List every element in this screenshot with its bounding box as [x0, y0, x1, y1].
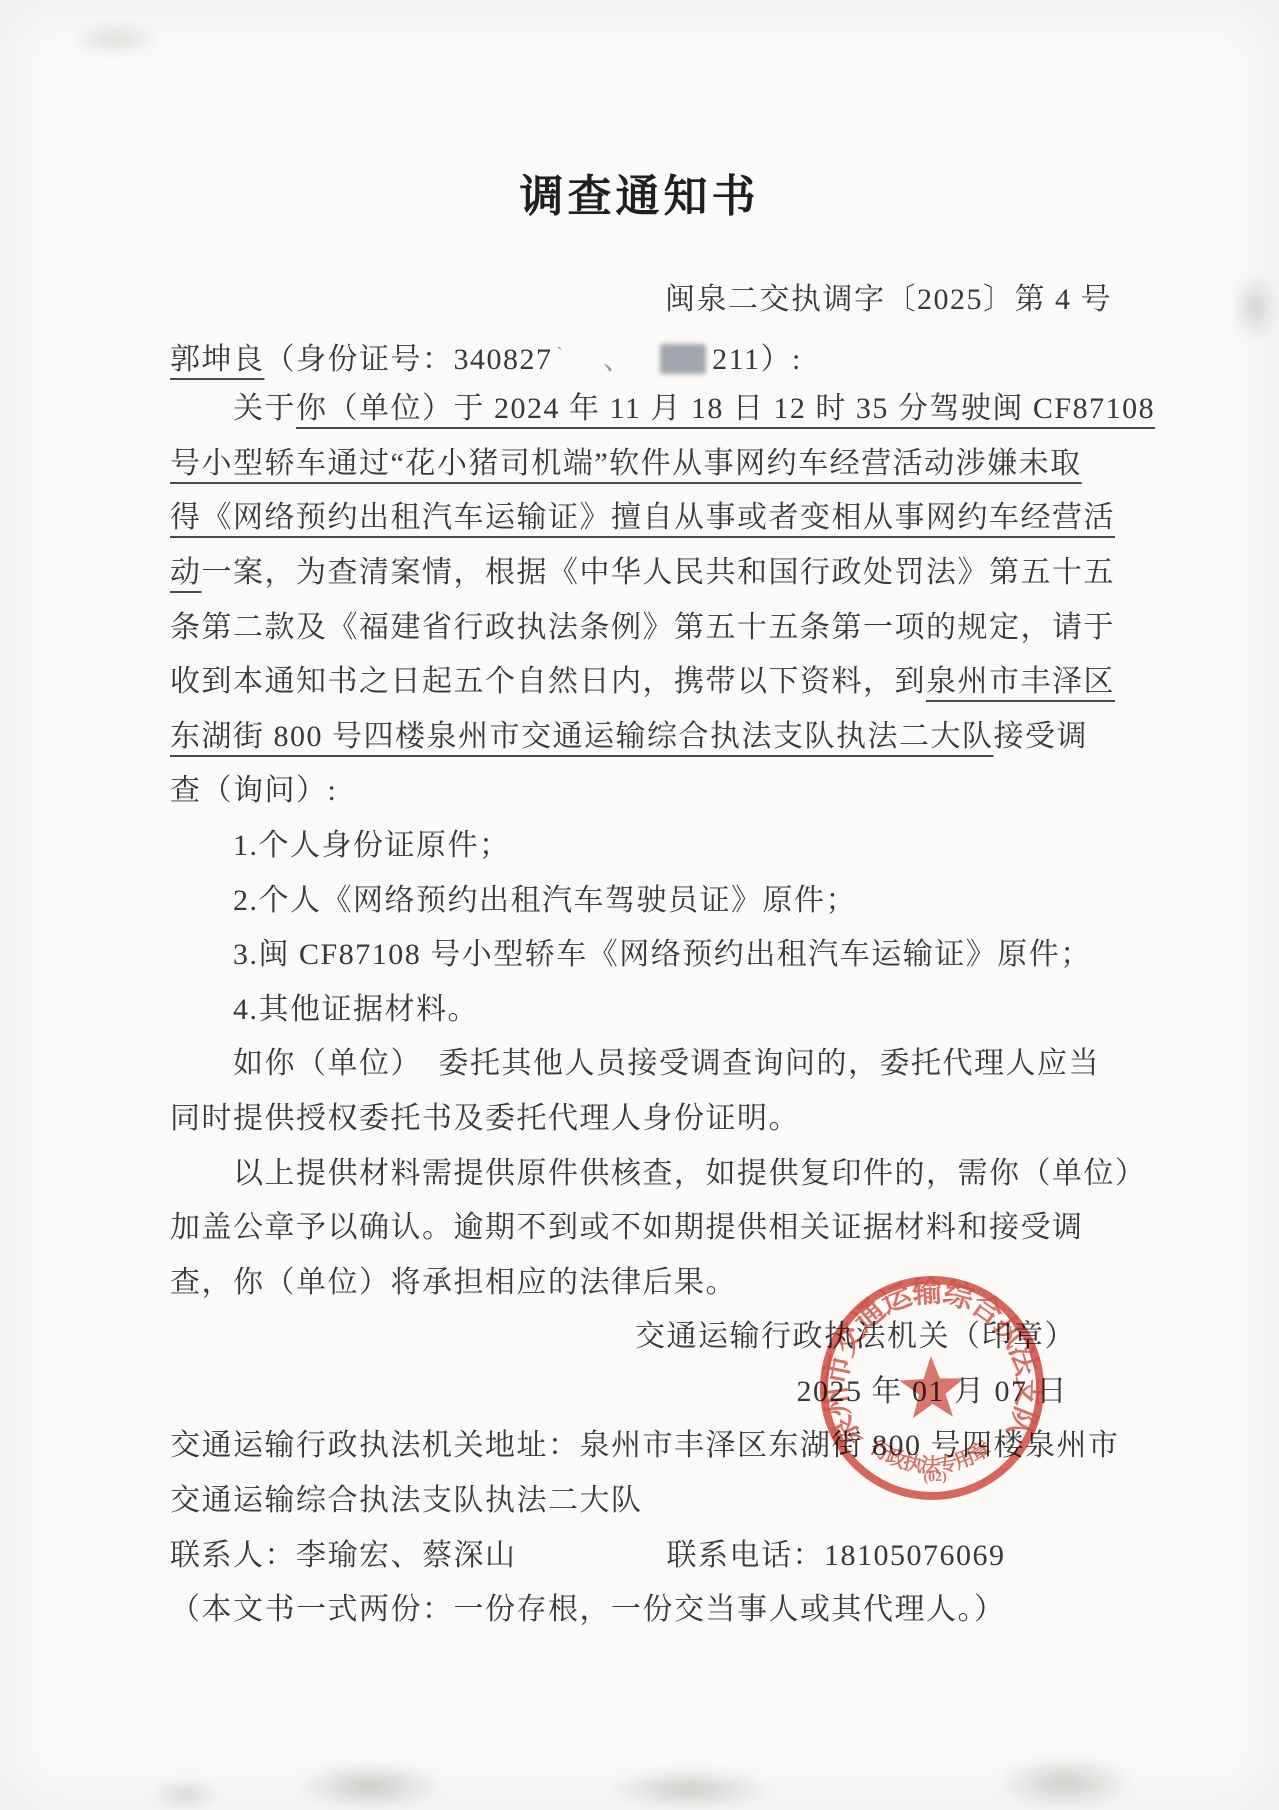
text-segment: （身份证号：340827	[265, 343, 553, 376]
text-segment: 查（询问）:	[170, 774, 337, 807]
text-segment: 得《网络预约出租汽车运输证》擅自从事或者变相从事网约车经营活	[170, 501, 1115, 534]
text-segment: 一案，为查清案情，根据《中华人民共和国行政处罚法》第五十五	[202, 556, 1116, 589]
scan-smudge	[295, 1762, 445, 1810]
body-line: 如你（单位） 委托其他人员接受调查询问的，委托代理人应当	[170, 1037, 1118, 1092]
text-segment: 号小型轿车通过“花小猪司机端”软件从事网约车经营活动涉嫌未取	[170, 447, 1082, 480]
body-line: 动一案，为查清案情，根据《中华人民共和国行政处罚法》第五十五	[170, 546, 1118, 601]
text-segment: 闽泉二交执调字〔2025〕第 4 号	[665, 283, 1112, 316]
body-line: 东湖街 800 号四楼泉州市交通运输综合执法支队执法二大队接受调	[170, 710, 1118, 765]
list-item-1: 1.个人身份证原件；	[170, 819, 1118, 874]
text-segment: 1.个人身份证原件；	[233, 829, 511, 862]
text-segment: 条第二款及《福建省行政执法条例》第五十五条第一项的规定，请于	[170, 611, 1115, 644]
text-segment: 同时提供授权委托书及委托代理人身份证明。	[170, 1102, 800, 1135]
text-segment: 加盖公章予以确认。逾期不到或不如期提供相关证据材料和接受调	[170, 1211, 1084, 1244]
text-segment: 如你（单位） 委托其他人员接受调查询问的，委托代理人应当	[233, 1047, 1100, 1080]
text-segment: 以上提供材料需提供原件供核查，如提供复印件的，需你（单位）	[233, 1157, 1147, 1190]
body-line: 条第二款及《福建省行政执法条例》第五十五条第一项的规定，请于	[170, 601, 1118, 656]
scan-smudge	[150, 1778, 220, 1810]
body-line: 加盖公章予以确认。逾期不到或不如期提供相关证据材料和接受调	[170, 1201, 1118, 1256]
text-segment: 联系电话：18105076069	[667, 1539, 1006, 1572]
text-segment: 接受调	[994, 720, 1089, 753]
text-segment: （本文书一式两份：一份存根，一份交当事人或其代理人。）	[170, 1593, 1006, 1626]
text-segment: 交通运输综合执法支队执法二大队	[170, 1484, 643, 1517]
text-segment: 、	[603, 343, 635, 376]
body-line: 得《网络预约出租汽车运输证》擅自从事或者变相从事网约车经营活	[170, 491, 1118, 546]
body-line: 查（询问）:	[170, 764, 1118, 819]
copies-note: （本文书一式两份：一份存根，一份交当事人或其代理人。）	[170, 1583, 1118, 1638]
text-segment: 收到本通知书之日起五个自然日内，携带以下资料，到	[170, 665, 926, 698]
text-segment: 你（单位）于 2024 年 11 月 18 日 12 时 35 分驾驶闽 CF8…	[296, 392, 1155, 425]
doc-number: 闽泉二交执调字〔2025〕第 4 号	[170, 273, 1118, 328]
recipient: 郭坤良（身份证号：340827ˋ、211）:	[170, 328, 1118, 383]
issue-date: 2025 年 01 月 07 日	[170, 1365, 1118, 1420]
list-item-2: 2.个人《网络预约出租汽车驾驶员证》原件；	[170, 874, 1118, 929]
text-segment: 2.个人《网络预约出租汽车驾驶员证》原件；	[233, 884, 857, 917]
text-segment: 交通运输行政执法机关（印章）	[635, 1320, 1076, 1353]
text-segment: 211）:	[712, 343, 802, 376]
text-segment: 泉州市丰泽区	[926, 665, 1115, 698]
body-line: 关于你（单位）于 2024 年 11 月 18 日 12 时 35 分驾驶闽 C…	[170, 382, 1118, 437]
redacted-id-block	[660, 344, 706, 374]
body-line: 查，你（单位）将承担相应的法律后果。	[170, 1256, 1118, 1311]
text-segment: 关于	[233, 392, 296, 425]
text-segment: 郭坤良	[170, 343, 265, 376]
text-segment: ˋ	[557, 344, 565, 366]
text-segment: 4.其他证据材料。	[233, 993, 479, 1026]
list-item-4: 4.其他证据材料。	[170, 983, 1118, 1038]
scan-smudge	[605, 1768, 775, 1810]
text-segment: 2025 年 01 月 07 日	[797, 1375, 1069, 1408]
document-page: 调查通知书 闽泉二交执调字〔2025〕第 4 号郭坤良（身份证号：340827ˋ…	[0, 0, 1279, 1810]
text-segment: 查，你（单位）将承担相应的法律后果。	[170, 1266, 737, 1299]
text-segment: 交通运输行政执法机关地址：泉州市丰泽区东湖街 800 号四楼泉州市	[170, 1429, 1120, 1462]
list-item-3: 3.闽 CF87108 号小型轿车《网络预约出租汽车运输证》原件；	[170, 928, 1118, 983]
authority-address-2: 交通运输综合执法支队执法二大队	[170, 1474, 1118, 1529]
body-line: 号小型轿车通过“花小猪司机端”软件从事网约车经营活动涉嫌未取	[170, 437, 1118, 492]
body-line: 收到本通知书之日起五个自然日内，携带以下资料，到泉州市丰泽区	[170, 655, 1118, 710]
text-segment: 动	[170, 556, 202, 589]
scan-smudge	[995, 1756, 1135, 1810]
scan-smudge	[1232, 272, 1279, 342]
issuing-authority: 交通运输行政执法机关（印章）	[170, 1310, 1118, 1365]
text-segment: 东湖街 800 号四楼泉州市交通运输综合执法支队执法二大队	[170, 720, 994, 753]
document-title: 调查通知书	[0, 160, 1279, 224]
document-body: 闽泉二交执调字〔2025〕第 4 号郭坤良（身份证号：340827ˋ、211）:…	[170, 273, 1118, 1638]
authority-address: 交通运输行政执法机关地址：泉州市丰泽区东湖街 800 号四楼泉州市	[170, 1419, 1118, 1474]
scan-smudge	[70, 22, 160, 56]
contacts: 联系人：李瑜宏、蔡深山联系电话：18105076069	[170, 1529, 1118, 1584]
body-line: 以上提供材料需提供原件供核查，如提供复印件的，需你（单位）	[170, 1147, 1118, 1202]
text-segment: 联系人：李瑜宏、蔡深山	[170, 1539, 517, 1572]
text-segment: 3.闽 CF87108 号小型轿车《网络预约出租汽车运输证》原件；	[233, 938, 1092, 971]
body-line: 同时提供授权委托书及委托代理人身份证明。	[170, 1092, 1118, 1147]
